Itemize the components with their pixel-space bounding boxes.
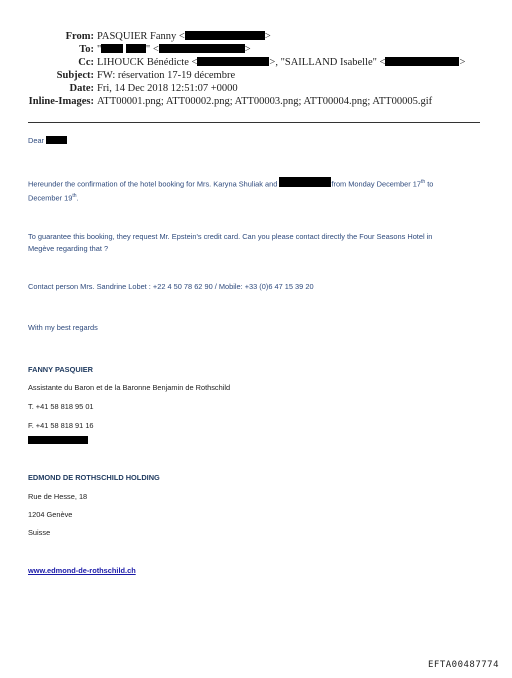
redaction-box (28, 436, 88, 444)
inline-images-label: Inline-Images: (29, 96, 94, 107)
redaction-box (385, 57, 459, 66)
cc-label: Cc: (78, 57, 94, 68)
header-divider (28, 122, 480, 123)
redaction-box (197, 57, 269, 66)
date-label: Date: (70, 83, 95, 94)
to-label: To: (79, 44, 94, 55)
subject-value: FW: réservation 17-19 décembre (97, 70, 235, 81)
website-link[interactable]: www.edmond-de-rothschild.ch (28, 566, 136, 575)
to-value: " " <> (97, 44, 251, 55)
guarantee-line2: Megève regarding that ? (28, 243, 432, 255)
date-value: Fri, 14 Dec 2018 12:51:07 +0000 (97, 83, 238, 94)
redaction-box (46, 136, 67, 144)
inline-images-value: ATT00001.png; ATT00002.png; ATT00003.png… (97, 96, 432, 107)
paragraph-booking-line1: Hereunder the confirmation of the hotel … (28, 176, 433, 190)
company-name: EDMOND DE ROTHSCHILD HOLDING (28, 473, 160, 482)
paragraph-booking-line2: December 19th. (28, 190, 433, 204)
closing: With my best regards (28, 322, 98, 334)
greeting-text: Dear (28, 136, 44, 145)
subject-label: Subject: (57, 70, 94, 81)
paragraph-guarantee: To guarantee this booking, they request … (28, 231, 432, 255)
guarantee-line1: To guarantee this booking, they request … (28, 231, 432, 243)
address-street: Rue de Hesse, 18 (28, 492, 87, 501)
address-country: Suisse (28, 528, 50, 537)
signature-title: Assistante du Baron et de la Baronne Ben… (28, 383, 230, 392)
redaction-box (101, 44, 123, 53)
booking-text-c: December 19 (28, 194, 72, 203)
redaction-box (185, 31, 265, 40)
cc-name-1: LIHOUCK Bénédicte < (97, 57, 197, 68)
from-name: PASQUIER Fanny < (97, 31, 185, 42)
address-city: 1204 Genève (28, 510, 72, 519)
signature-name: FANNY PASQUIER (28, 365, 93, 374)
from-value: PASQUIER Fanny <> (97, 31, 271, 42)
redaction-box (159, 44, 245, 53)
redaction-box (279, 177, 331, 187)
signature-redacted (28, 436, 88, 445)
cc-value: LIHOUCK Bénédicte <>, "SAILLAND Isabelle… (97, 57, 465, 68)
from-label: From: (66, 31, 94, 42)
booking-text-c-end: . (77, 194, 79, 203)
signature-phone: T. +41 58 818 95 01 (28, 402, 94, 411)
booking-text-b: from Monday December 17 (331, 179, 421, 188)
document-id: EFTA00487774 (428, 660, 499, 670)
greeting: Dear (28, 135, 67, 147)
booking-text-a: Hereunder the confirmation of the hotel … (28, 179, 277, 188)
paragraph-booking: Hereunder the confirmation of the hotel … (28, 176, 433, 205)
booking-text-b-end: to (425, 179, 433, 188)
contact-line: Contact person Mrs. Sandrine Lobet : +22… (28, 281, 314, 293)
signature-fax: F. +41 58 818 91 16 (28, 421, 94, 430)
cc-name-2: >, "SAILLAND Isabelle" < (269, 57, 385, 68)
redaction-box (126, 44, 146, 53)
